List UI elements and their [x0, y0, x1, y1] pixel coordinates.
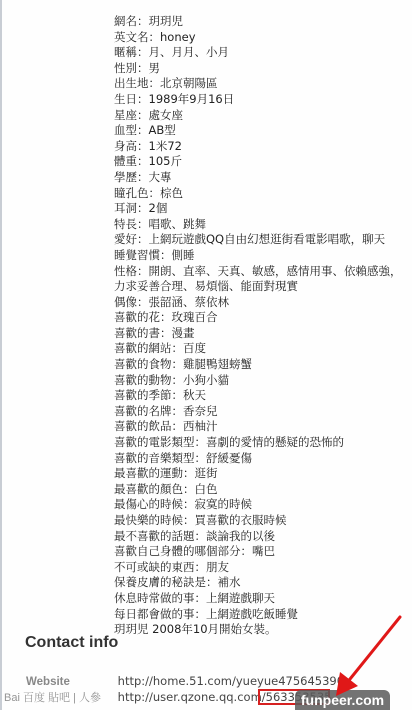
profile-line-indispensable: 不可或缺的東西：朋友: [114, 560, 410, 576]
profile-line-daily-activity: 每日都會做的事：上網遊戲吃飯睡覺: [114, 607, 410, 623]
profile-line-leisure-activity: 休息時常做的事：上網遊戲聊天: [114, 591, 410, 607]
profile-line-birthday: 生日：1989年9月16日: [114, 92, 410, 108]
contact-row-website: Website http://home.51.com/yueyue4756453…: [26, 674, 344, 688]
profile-line-fav-color: 最喜歡的顏色：白色: [114, 482, 410, 498]
profile-line-hobbies: 愛好：上網玩遊戲QQ自由幻想逛街看電影唱歌，聊天: [114, 232, 410, 248]
profile-line-fav-sport: 最喜歡的運動：逛街: [114, 466, 410, 482]
profile-line-piercings: 耳洞：2個: [114, 201, 410, 217]
profile-line-sleep-habit: 睡覺習慣：側睡: [114, 248, 410, 264]
profile-line-aliases: 暱稱：月、月月、小月: [114, 45, 410, 61]
profile-line-personality: 性格：開朗、直率、天真、敏感，感情用事、依賴感強，力求妥善合理、易煩惱、能面對現…: [114, 264, 410, 295]
profile-page: 網名：玥玥児 英文名：honey 暱稱：月、月月、小月 性別：男 出生地：北京朝…: [0, 0, 412, 710]
profile-line-fav-music-genre: 喜歡的音樂類型：舒緩憂傷: [114, 451, 410, 467]
profile-line-fav-website: 喜歡的網站：百度: [114, 341, 410, 357]
funpeer-watermark: funpeer.com: [295, 690, 390, 710]
profile-line-fav-drink: 喜歡的飲品：西柚汁: [114, 419, 410, 435]
profile-line-fav-brand: 喜歡的名牌：香奈兒: [114, 404, 410, 420]
profile-line-nickname: 網名：玥玥児: [114, 14, 410, 30]
website-label: Website: [26, 676, 114, 688]
baidu-tieba-watermark: Bai 百度 貼吧 | 人參: [4, 689, 101, 705]
profile-line-english-name: 英文名：honey: [114, 30, 410, 46]
profile-line-education: 學歷：大專: [114, 170, 410, 186]
profile-line-fav-body-part: 喜歡自己身體的哪個部分：嘴巴: [114, 544, 410, 560]
profile-line-least-fav-topic: 最不喜歡的話題：談論我的以後: [114, 529, 410, 545]
profile-info-list: 網名：玥玥児 英文名：honey 暱稱：月、月月、小月 性別：男 出生地：北京朝…: [114, 14, 410, 638]
profile-line-height: 身高：1米72: [114, 139, 410, 155]
profile-line-idols: 偶像：張韶涵、蔡依林: [114, 295, 410, 311]
profile-line-skills: 特長：唱歌、跳舞: [114, 217, 410, 233]
profile-line-eye-color: 瞳孔色：棕色: [114, 186, 410, 202]
profile-line-fav-season: 喜歡的季節：秋天: [114, 388, 410, 404]
profile-line-happiest-time: 最快樂的時候：買喜歡的衣服時候: [114, 513, 410, 529]
profile-line-birthplace: 出生地：北京朝陽區: [114, 76, 410, 92]
profile-line-skincare-secret: 保養皮膚的秘訣是：補水: [114, 575, 410, 591]
profile-line-fav-animal: 喜歡的動物：小狗小貓: [114, 373, 410, 389]
profile-line-fav-food: 喜歡的食物：雞腿鴨翅螃蟹: [114, 357, 410, 373]
profile-line-blood-type: 血型：AB型: [114, 123, 410, 139]
profile-line-note: 玥玥児 2008年10月開始女裝。: [114, 622, 410, 638]
profile-line-fav-book: 喜歡的書：漫畫: [114, 326, 410, 342]
profile-line-fav-flower: 喜歡的花：玫瑰百合: [114, 310, 410, 326]
profile-line-zodiac: 星座：處女座: [114, 108, 410, 124]
contact-info-heading: Contact info: [25, 634, 118, 652]
profile-line-fav-movie-genre: 喜歡的電影類型：喜劇的愛情的懸疑的恐怖的: [114, 435, 410, 451]
website-link[interactable]: http://home.51.com/yueyue475645390: [118, 674, 344, 688]
profile-line-gender: 性別：男: [114, 61, 410, 77]
profile-line-saddest-time: 最傷心的時候：寂寞的時候: [114, 497, 410, 513]
profile-line-weight: 體重：105斤: [114, 154, 410, 170]
